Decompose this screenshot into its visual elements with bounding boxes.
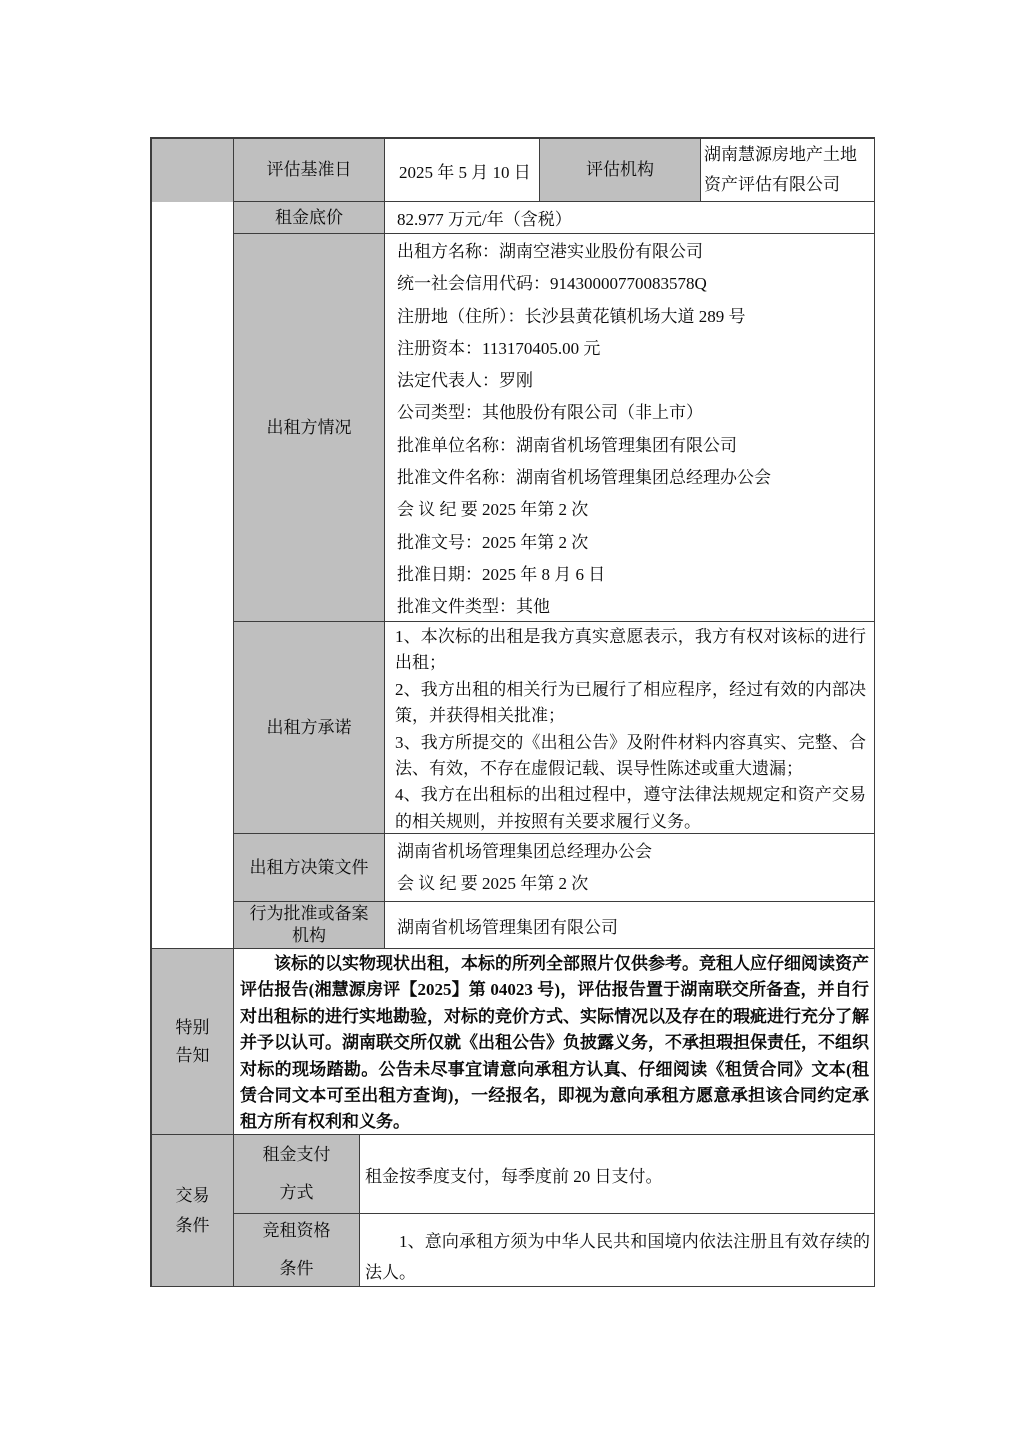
lessor-info-content: 出租方名称：湖南空港实业股份有限公司 统一社会信用代码：914300007700… [385, 234, 875, 622]
lessor-info-line: 公司类型：其他股份有限公司（非上市） [397, 397, 868, 429]
document-page: 评估基准日 2025 年 5 月 10 日 评估机构 湖南慧源房地产土地资产评估… [0, 0, 1020, 1430]
decision-doc-label: 出租方决策文件 [234, 834, 385, 902]
special-notice-content: 该标的以实物现状出租，本标的所列全部照片仅供参考。竞租人应仔细阅读资产评估报告(… [234, 949, 875, 1135]
lessor-info-line: 批准日期：2025 年 8 月 6 日 [397, 559, 868, 591]
lessor-info-line: 批准文件名称：湖南省机场管理集团总经理办公会 [397, 462, 868, 494]
decision-doc-line: 湖南省机场管理集团总经理办公会 [397, 836, 874, 868]
special-notice-label: 特别 告知 [152, 949, 234, 1135]
lessor-info-line: 批准文号：2025 年第 2 次 [397, 527, 868, 559]
lessor-commitment-content: 1、本次标的出租是我方真实意愿表示，我方有权对该标的进行出租； 2、我方出租的相… [385, 622, 875, 834]
bidder-qualification-label: 竞租资格 条件 [234, 1214, 360, 1287]
lessor-info-line: 法定代表人：罗刚 [397, 365, 868, 397]
rent-floor-value: 82.977 万元/年（含税） [385, 202, 875, 234]
approval-org-value: 湖南省机场管理集团有限公司 [385, 902, 875, 949]
lessor-info-line: 会 议 纪 要 2025 年第 2 次 [397, 494, 868, 526]
decision-doc-content: 湖南省机场管理集团总经理办公会 会 议 纪 要 2025 年第 2 次 [385, 834, 875, 902]
lessor-info-line: 批准单位名称：湖南省机场管理集团有限公司 [397, 430, 868, 462]
top-left-empty-cell [152, 139, 234, 202]
commitment-item: 1、本次标的出租是我方真实意愿表示，我方有权对该标的进行出租； [395, 624, 866, 677]
lessor-info-line: 出租方名称：湖南空港实业股份有限公司 [397, 236, 868, 268]
lessor-info-line: 注册资本：113170405.00 元 [397, 333, 868, 365]
decision-doc-line: 会 议 纪 要 2025 年第 2 次 [397, 868, 874, 900]
commitment-item: 3、我方所提交的《出租公告》及附件材料内容真实、完整、合法、有效，不存在虚假记载… [395, 730, 866, 783]
rent-payment-value: 租金按季度支付，每季度前 20 日支付。 [360, 1135, 875, 1214]
trade-conditions-label: 交易 条件 [152, 1135, 234, 1287]
valuation-base-date-value: 2025 年 5 月 10 日 [385, 139, 540, 202]
lessor-info-line: 统一社会信用代码：91430000770083578Q [397, 268, 868, 300]
rent-payment-label: 租金支付 方式 [234, 1135, 360, 1214]
rent-floor-label: 租金底价 [234, 202, 385, 234]
lessor-info-line: 批准文件类型：其他 [397, 591, 868, 622]
approval-org-label: 行为批准或备案 机构 [234, 902, 385, 949]
valuation-agency-label: 评估机构 [540, 139, 701, 202]
left-empty-cell [152, 202, 234, 949]
lessor-info-line: 注册地（住所）：长沙县黄花镇机场大道 289 号 [397, 301, 868, 333]
special-notice-text: 该标的以实物现状出租，本标的所列全部照片仅供参考。竞租人应仔细阅读资产评估报告(… [240, 951, 869, 1135]
valuation-agency-value: 湖南慧源房地产土地资产评估有限公司 [701, 139, 875, 202]
commitment-item: 4、我方在出租标的出租过程中，遵守法律法规规定和资产交易的相关规则，并按照有关要… [395, 782, 866, 834]
commitment-item: 2、我方出租的相关行为已履行了相应程序，经过有效的内部决策，并获得相关批准； [395, 677, 866, 730]
lessor-commitment-label: 出租方承诺 [234, 622, 385, 834]
announcement-table: 评估基准日 2025 年 5 月 10 日 评估机构 湖南慧源房地产土地资产评估… [150, 137, 875, 1287]
bidder-qualification-value: 1、意向承租方须为中华人民共和国境内依法注册且有效存续的法人。 [360, 1214, 875, 1287]
lessor-info-label: 出租方情况 [234, 234, 385, 622]
valuation-base-date-label: 评估基准日 [234, 139, 385, 202]
